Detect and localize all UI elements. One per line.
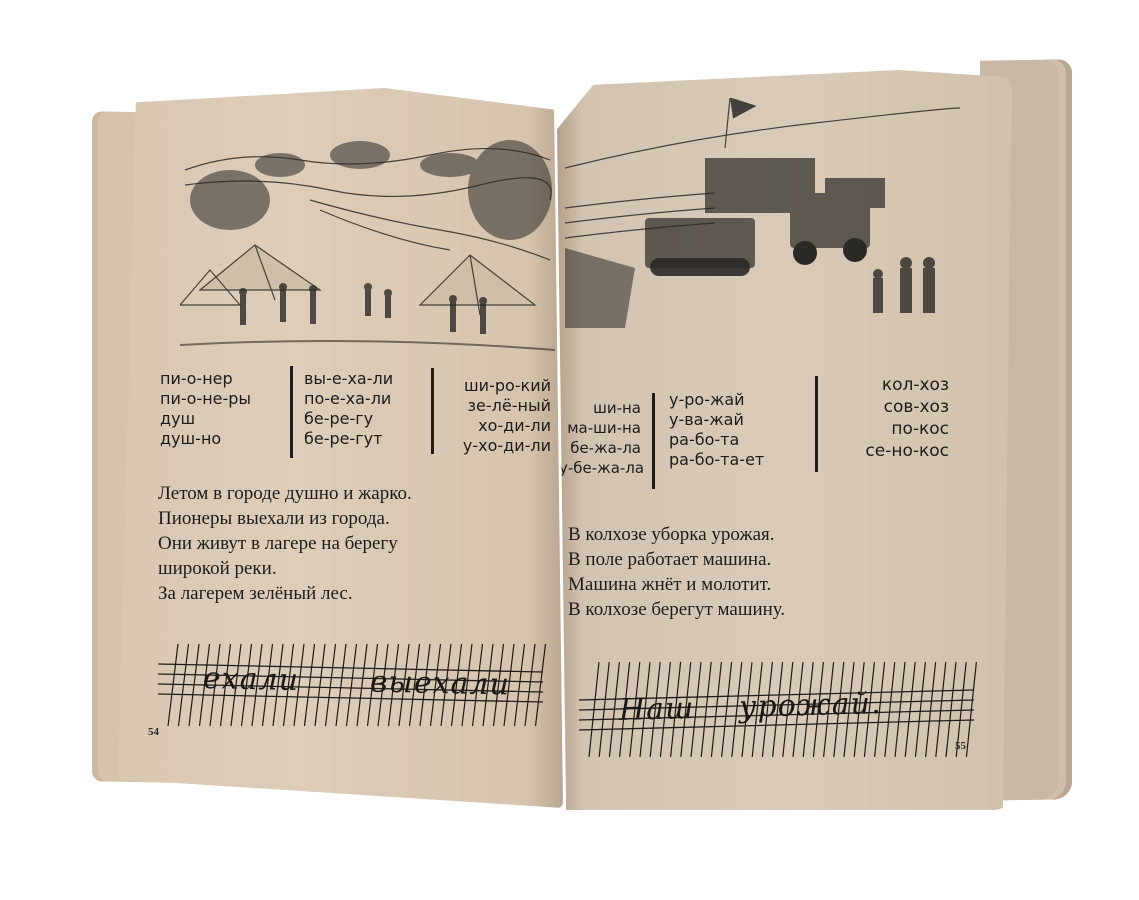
- harvest-illustration-drawing: [565, 98, 960, 338]
- syllable-word: се-но-кос: [837, 440, 949, 462]
- syllable-word: бе-жа-ла: [559, 438, 641, 458]
- syllable-word: по-е-ха-ли: [304, 389, 393, 409]
- syllable-word: у-хо-ди-ли: [443, 436, 551, 456]
- syllable-column-1: пи-о-нер пи-о-не-ры душ душ-но: [160, 369, 251, 449]
- syllable-column-2: у-ро-жай у-ва-жай ра-бо-та ра-бо-та-ет: [669, 390, 764, 470]
- camp-illustration-drawing: [180, 130, 555, 360]
- paragraph-line: В колхозе берегут машину.: [568, 597, 785, 622]
- syllable-column-2: вы-е-ха-ли по-е-ха-ли бе-ре-гу бе-ре-гут: [304, 369, 393, 449]
- column-divider: [652, 393, 655, 489]
- column-divider: [815, 376, 818, 472]
- syllable-word: душ-но: [160, 429, 251, 449]
- copybook-lines: ехали выехали: [158, 636, 548, 731]
- right-page: ши-на ма-ши-на бе-жа-ла у-бе-жа-ла у-ро-…: [557, 70, 1012, 810]
- reading-paragraph: Летом в городе душно и жарко. Пионеры вы…: [158, 481, 412, 606]
- syllable-word: хо-ди-ли: [443, 416, 551, 436]
- syllable-word: бе-ре-гу: [304, 409, 393, 429]
- harvest-illustration: [565, 98, 960, 338]
- left-page: пи-о-нер пи-о-не-ры душ душ-но вы-е-ха-л…: [118, 88, 563, 808]
- column-divider: [290, 366, 293, 458]
- page-number: 55: [955, 740, 966, 752]
- column-divider: [431, 368, 434, 454]
- syllable-column-3: кол-хоз сов-хоз по-кос се-но-кос: [837, 374, 949, 462]
- syllable-word: ма-ши-на: [559, 418, 641, 438]
- syllable-word: по-кос: [837, 418, 949, 440]
- syllable-word: душ: [160, 409, 251, 429]
- paragraph-line: В поле работает машина.: [568, 547, 785, 572]
- syllable-column-1: ши-на ма-ши-на бе-жа-ла у-бе-жа-ла: [559, 398, 641, 478]
- open-book: пи-о-нер пи-о-не-ры душ душ-но вы-е-ха-л…: [0, 0, 1139, 900]
- syllable-word: кол-хоз: [837, 374, 949, 396]
- paragraph-line: В колхозе уборка урожая.: [568, 522, 785, 547]
- paragraph-line: Пионеры выехали из города.: [158, 506, 412, 531]
- syllable-word: бе-ре-гут: [304, 429, 393, 449]
- syllable-word: у-ро-жай: [669, 390, 764, 410]
- paragraph-line: Они живут в лагере на берегу: [158, 531, 412, 556]
- syllable-word: вы-е-ха-ли: [304, 369, 393, 389]
- syllable-word: у-ва-жай: [669, 410, 764, 430]
- syllable-word: ра-бо-та-ет: [669, 450, 764, 470]
- syllable-word: пи-о-нер: [160, 369, 251, 389]
- syllable-word: сов-хоз: [837, 396, 949, 418]
- reading-paragraph: В колхозе уборка урожая. В поле работает…: [568, 522, 785, 622]
- syllable-word: пи-о-не-ры: [160, 389, 251, 409]
- handwriting-word: ехали: [203, 661, 300, 698]
- paragraph-line: За лагерем зелёный лес.: [158, 581, 412, 606]
- handwriting-word: урожай.: [739, 686, 882, 725]
- syllable-column-3: ши-ро-кий зе-лё-ный хо-ди-ли у-хо-ди-ли: [443, 376, 551, 456]
- camp-illustration: [180, 130, 555, 360]
- page-number: 54: [148, 726, 159, 738]
- syllable-word: ши-ро-кий: [443, 376, 551, 396]
- syllable-word: у-бе-жа-ла: [559, 458, 641, 478]
- paragraph-line: широкой реки.: [158, 556, 412, 581]
- paragraph-line: Летом в городе душно и жарко.: [158, 481, 412, 506]
- paragraph-line: Машина жнёт и молотит.: [568, 572, 785, 597]
- syllable-word: зе-лё-ный: [443, 396, 551, 416]
- syllable-word: ра-бо-та: [669, 430, 764, 450]
- handwriting-word: выехали: [370, 665, 511, 703]
- copybook-lines: Наш урожай.: [579, 652, 979, 762]
- syllable-word: ши-на: [559, 398, 641, 418]
- handwriting-word: Наш: [619, 691, 695, 728]
